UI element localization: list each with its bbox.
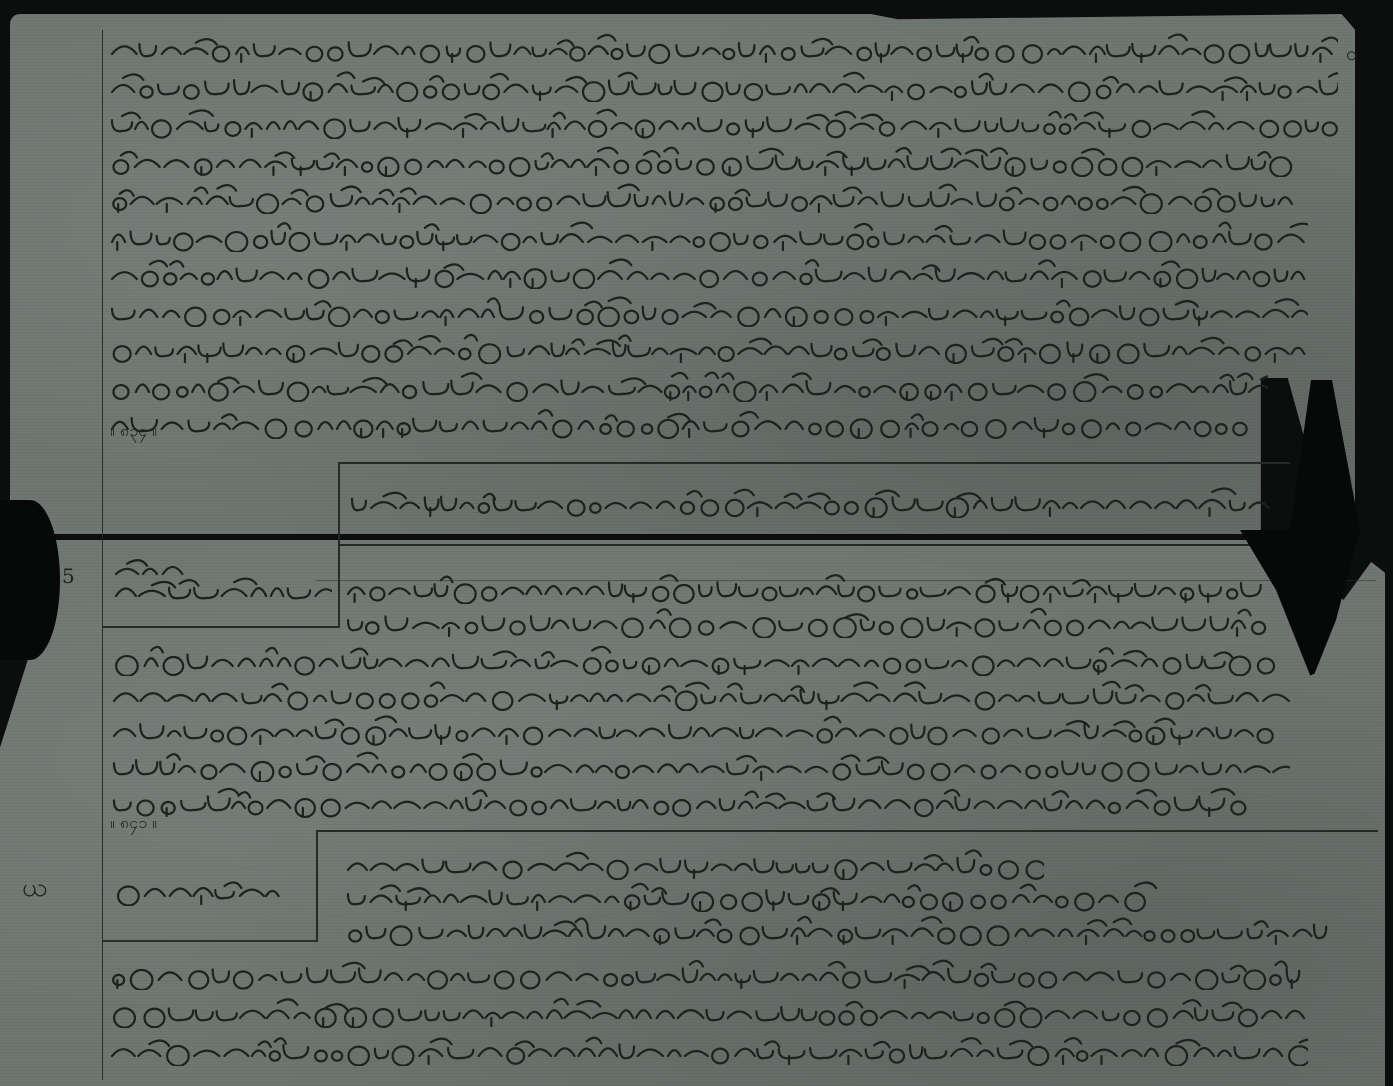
handwritten-line (110, 677, 1290, 711)
handwritten-line (108, 255, 1308, 289)
top-right-mark: ၀ (1346, 40, 1357, 70)
handwritten-line (110, 748, 1290, 782)
heading-line (348, 484, 1278, 518)
margin-glyph: ယ (22, 870, 47, 909)
middle-block-ending-mark: ။ ၈၄၁ ။ (110, 812, 157, 836)
heading-line (344, 846, 1044, 880)
handwritten-line (108, 293, 1308, 327)
handwritten-line (344, 570, 1274, 604)
handwritten-line (344, 604, 1274, 638)
handwritten-line (108, 143, 1308, 177)
leaf-gap-left (0, 500, 60, 660)
handwritten-line (108, 994, 1308, 1028)
handwritten-line (108, 105, 1338, 139)
handwritten-line (110, 642, 1290, 676)
handwritten-line (110, 784, 1260, 818)
top-block-ending-mark: ။ ၈၃၄ ။ (110, 420, 157, 444)
heading-line (344, 878, 1164, 912)
handwritten-line (108, 956, 1308, 990)
handwritten-line (108, 30, 1338, 64)
margin-label-line (112, 872, 292, 906)
handwritten-line (108, 330, 1308, 364)
handwritten-line (108, 405, 1248, 439)
heading-box-2-base (102, 940, 318, 942)
handwritten-line (108, 68, 1338, 102)
heading-line (344, 912, 1344, 946)
handwritten-line (108, 218, 1308, 252)
margin-label-line (112, 572, 332, 606)
handwritten-line (108, 180, 1308, 214)
handwritten-line (108, 368, 1268, 402)
handwritten-line (110, 712, 1290, 746)
handwritten-line (108, 1032, 1308, 1066)
left-margin-number: 5 (62, 564, 75, 588)
